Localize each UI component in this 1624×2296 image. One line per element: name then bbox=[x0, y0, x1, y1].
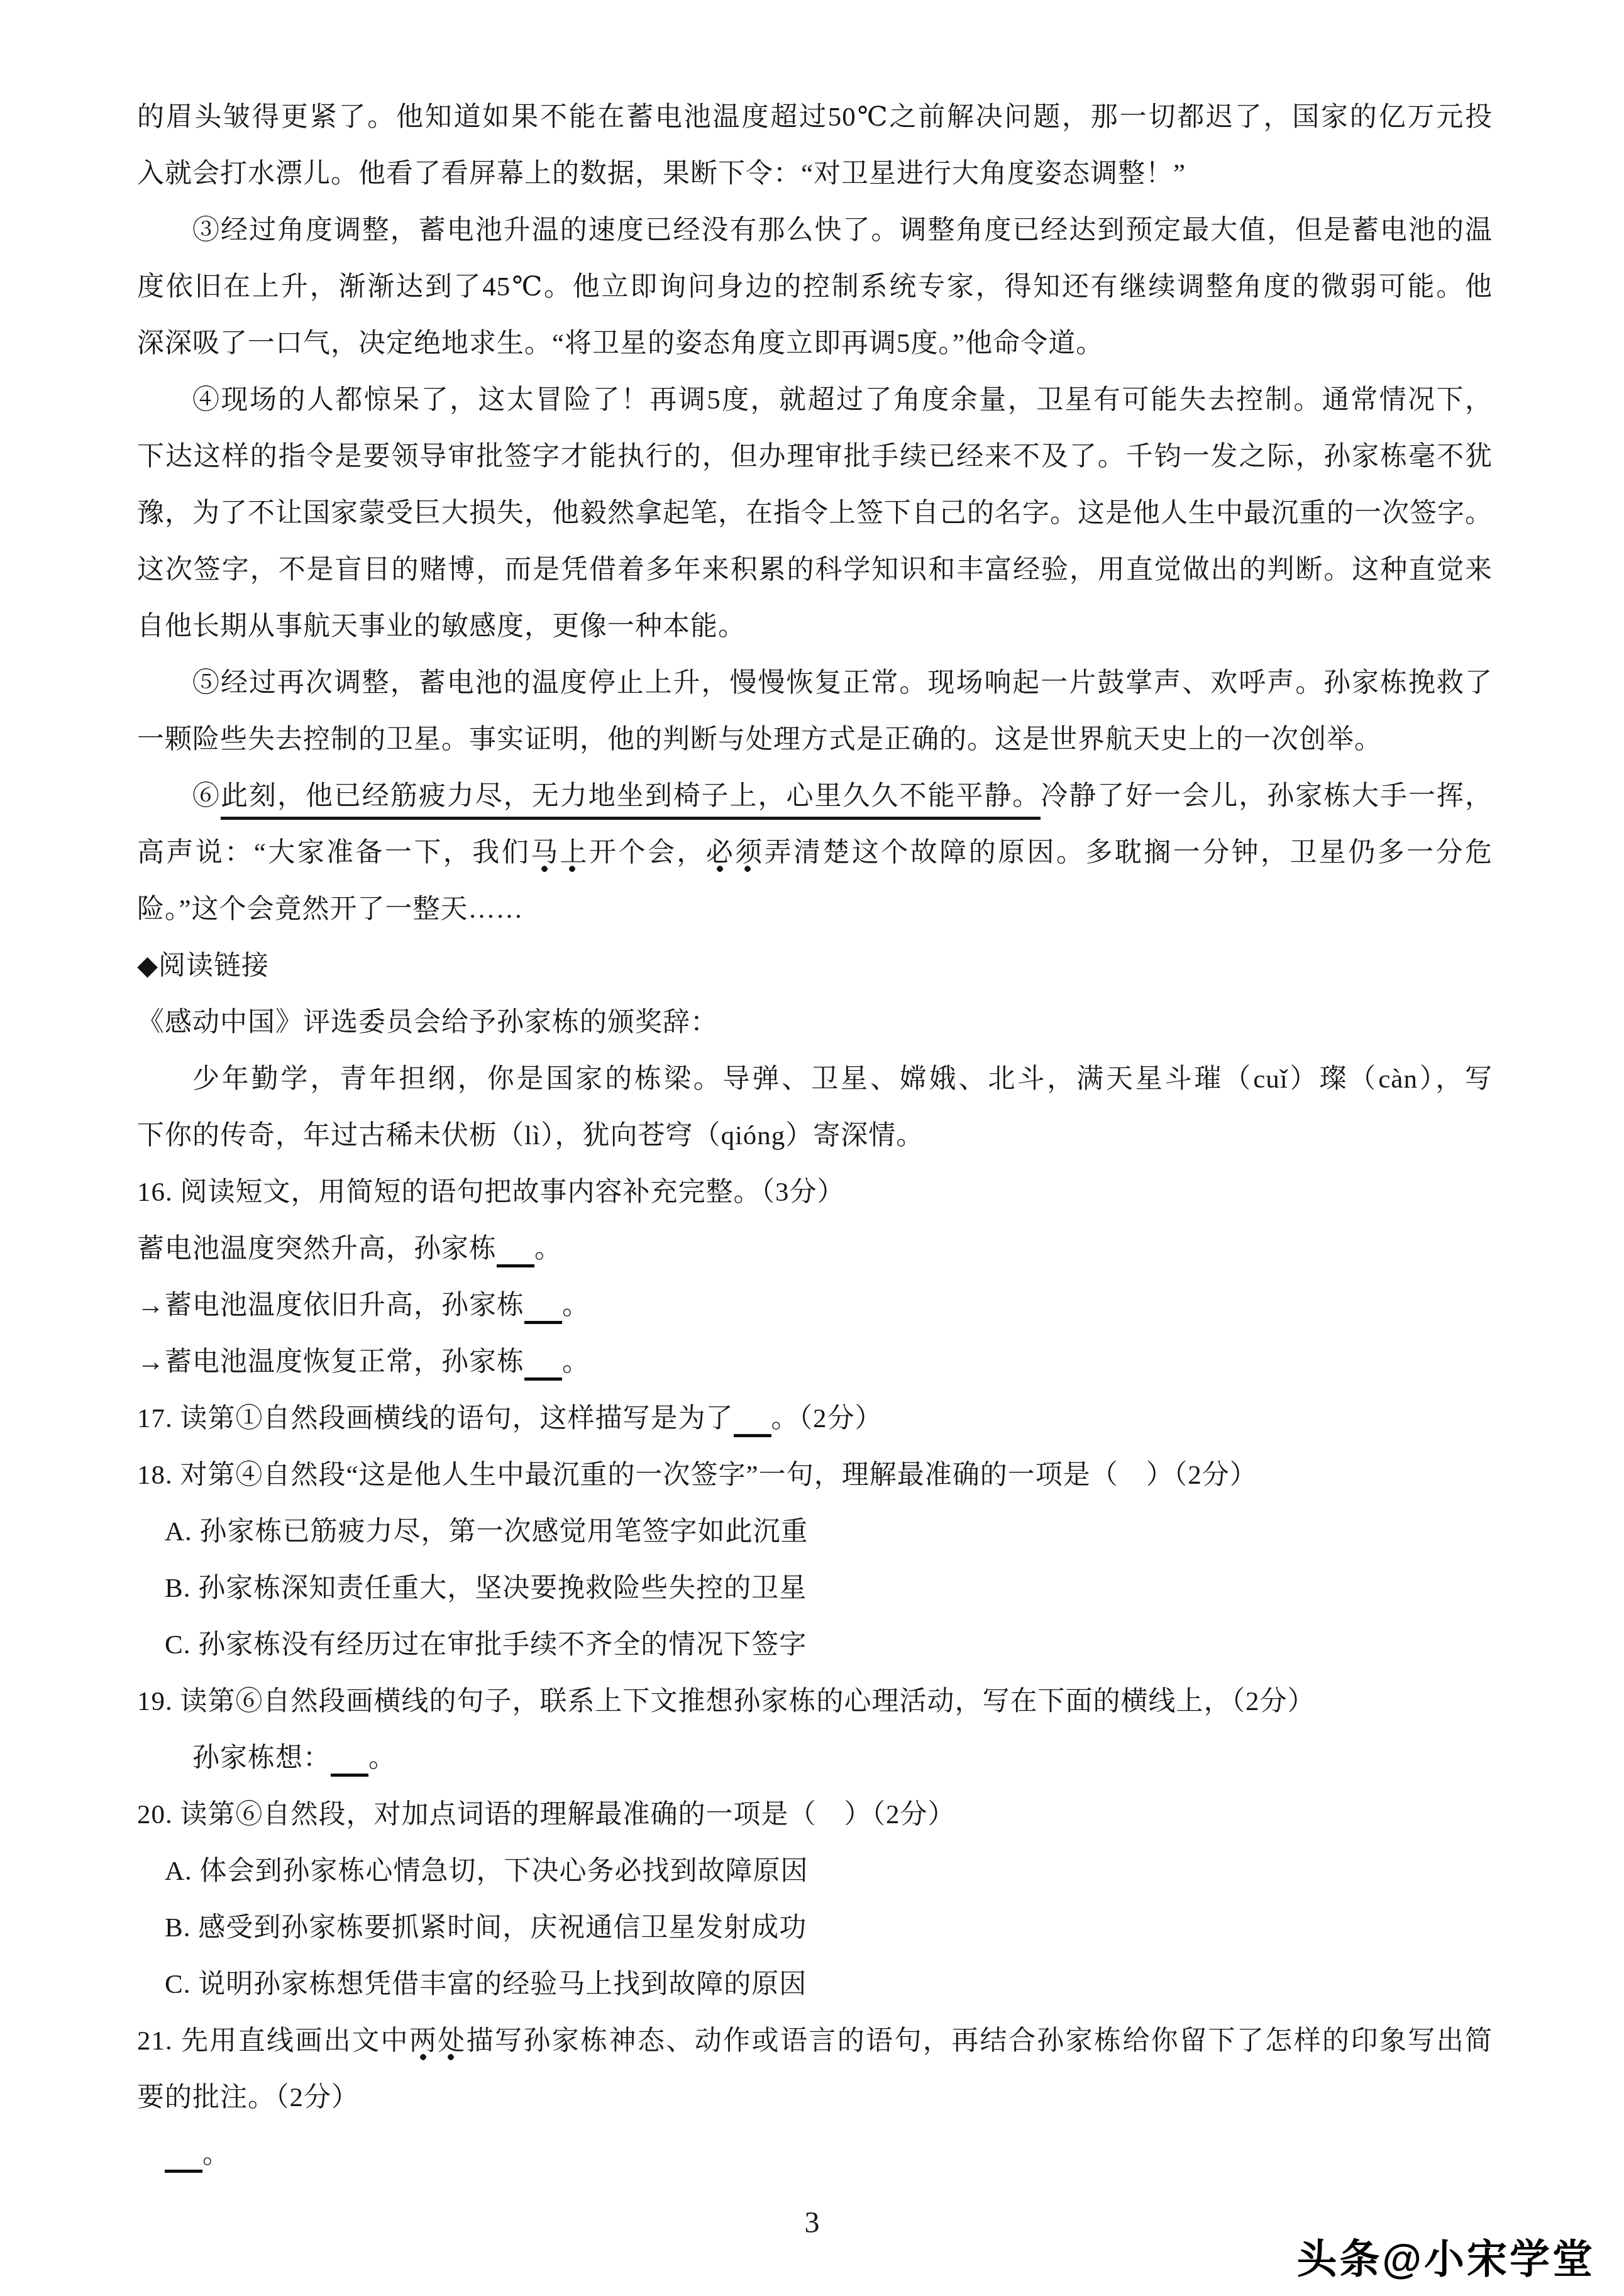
answer-blank[interactable] bbox=[497, 1221, 534, 1267]
text-segment: 开个会， bbox=[589, 838, 706, 868]
text-segment: 一颗险些失去控制的卫星。事实证明，他的判断与处理方式是正确的。这是世界航天史上的… bbox=[137, 725, 1382, 754]
text-segment: 深深吸了一口气，决定绝地求生。“将卫星的姿态角度立即再调5度。”他命令道。 bbox=[137, 329, 1103, 358]
text-segment: 16. 阅读短文，用简短的语句把故事内容补充完整。（3分） bbox=[137, 1178, 845, 1207]
text-segment: ⑥ bbox=[192, 781, 221, 811]
para5-line2: 一颗险些失去控制的卫星。事实证明，他的判断与处理方式是正确的。这是世界航天史上的… bbox=[137, 712, 1493, 768]
award-line2: 下你的传奇，年过古稀未伏枥（lì），犹向苍穹（qióng）寄深情。 bbox=[137, 1108, 1493, 1164]
underlined-text: 此刻，他已经筋疲力尽，无力地坐到椅子上，心里久久不能平静。 bbox=[221, 781, 1041, 820]
para4-line4: 这次签字，不是盲目的赌博，而是凭借着多年来积累的科学知识和丰富经验，用直觉做出的… bbox=[137, 542, 1493, 599]
para2-line2: 入就会打水漂儿。他看了看屏幕上的数据，果断下令：“对卫星进行大角度姿态调整！” bbox=[137, 146, 1493, 202]
text-segment: 《感动中国》评选委员会给予孙家栋的颁奖辞： bbox=[137, 1008, 718, 1037]
watermark: 头条@小宋学堂 bbox=[1297, 2227, 1595, 2285]
q16-answer-3: →蓄电池温度恢复正常，孙家栋。 bbox=[137, 1334, 1493, 1391]
text-segment: 下达这样的指令是要领导审批签字才能执行的，但办理审批手续已经来不及了。千钧一发之… bbox=[137, 442, 1493, 472]
text-segment: 描写孙家栋神态、动作或语言的语句，再结合孙家栋给你留下了怎样的印象写出简 bbox=[467, 2026, 1493, 2056]
text-segment: →蓄电池温度恢复正常，孙家栋 bbox=[137, 1334, 524, 1391]
award-line1: 少年勤学，青年担纲，你是国家的栋梁。导弹、卫星、嫦娥、北斗，满天星斗璀（cuǐ）… bbox=[137, 1051, 1493, 1108]
answer-blank[interactable] bbox=[331, 1730, 368, 1777]
text-segment: B. 感受到孙家栋要抓紧时间，庆祝通信卫星发射成功 bbox=[165, 1913, 807, 1943]
q20-option-a: A. 体会到孙家栋心情急切，下决心务必找到故障原因 bbox=[137, 1843, 1493, 1900]
blank-tail: 。（2分） bbox=[771, 1391, 883, 1447]
text-segment: ◆阅读链接 bbox=[137, 951, 269, 981]
para4-line2: 下达这样的指令是要领导审批签字才能执行的，但办理审批手续已经来不及了。千钧一发之… bbox=[137, 429, 1493, 485]
q16-answer-1: 蓄电池温度突然升高，孙家栋。 bbox=[137, 1221, 1493, 1278]
text-segment: 21. 先用直线画出文中 bbox=[137, 2026, 409, 2056]
text-segment: 的眉头皱得更紧了。他知道如果不能在蓄电池温度超过50℃之前解决问题，那一切都迟了… bbox=[137, 102, 1493, 132]
text-segment: 19. 读第⑥自然段画横线的句子，联系上下文推想孙家栋的心理活动，写在下面的横线… bbox=[137, 1687, 1315, 1716]
blank-tail: 。 bbox=[202, 2126, 230, 2183]
answer-blank[interactable] bbox=[165, 2126, 202, 2173]
para6-line1: ⑥此刻，他已经筋疲力尽，无力地坐到椅子上，心里久久不能平静。冷静了好一会儿，孙家… bbox=[137, 768, 1493, 825]
text-segment: 度依旧在上升，渐渐达到了45℃。他立即询问身边的控制系统专家，得知还有继续调整角… bbox=[137, 272, 1493, 302]
award-intro-line: 《感动中国》评选委员会给予孙家栋的颁奖辞： bbox=[137, 995, 1493, 1051]
para4-line3: 豫，为了不让国家蒙受巨大损失，他毅然拿起笔，在指令上签下自己的名字。这是他人生中… bbox=[137, 485, 1493, 542]
question-17: 17. 读第①自然段画横线的语句，这样描写是为了。（2分） bbox=[137, 1391, 1493, 1447]
emphasized-dotted-text: 两处 bbox=[409, 2026, 467, 2062]
text-segment: 弄清楚这个故障的原因。多耽搁一分钟，卫星仍多一分危 bbox=[765, 838, 1493, 868]
text-segment: ④现场的人都惊呆了，这太冒险了！再调5度，就超过了角度余量，卫星有可能失去控制。… bbox=[192, 385, 1493, 415]
text-segment: B. 孙家栋深知责任重大，坚决要挽救险些失控的卫星 bbox=[165, 1574, 807, 1603]
para3-line2: 度依旧在上升，渐渐达到了45℃。他立即询问身边的控制系统专家，得知还有继续调整角… bbox=[137, 259, 1493, 316]
text-segment: 这次签字，不是盲目的赌博，而是凭借着多年来积累的科学知识和丰富经验，用直觉做出的… bbox=[137, 555, 1493, 585]
para6-line2: 高声说：“大家准备一下，我们马上开个会，必须弄清楚这个故障的原因。多耽搁一分钟，… bbox=[137, 825, 1493, 881]
text-segment: →蓄电池温度依旧升高，孙家栋 bbox=[137, 1278, 524, 1334]
answer-blank[interactable] bbox=[734, 1391, 771, 1437]
text-segment: 冷静了好一会儿，孙家栋大手一挥， bbox=[1041, 781, 1493, 811]
text-segment: 少年勤学，青年担纲，你是国家的栋梁。导弹、卫星、嫦娥、北斗，满天星斗璀（cuǐ）… bbox=[192, 1064, 1493, 1094]
text-segment: 17. 读第①自然段画横线的语句，这样描写是为了 bbox=[137, 1391, 734, 1447]
para5-line1: ⑤经过再次调整，蓄电池的温度停止上升，慢慢恢复正常。现场响起一片鼓掌声、欢呼声。… bbox=[137, 655, 1493, 712]
text-segment: C. 说明孙家栋想凭借丰富的经验马上找到故障的原因 bbox=[165, 1970, 807, 1999]
text-segment: ⑤经过再次调整，蓄电池的温度停止上升，慢慢恢复正常。现场响起一片鼓掌声、欢呼声。… bbox=[192, 668, 1493, 698]
text-segment: 高声说：“大家准备一下，我们 bbox=[137, 838, 531, 868]
para4-line1: ④现场的人都惊呆了，这太冒险了！再调5度，就超过了角度余量，卫星有可能失去控制。… bbox=[137, 372, 1493, 429]
text-segment: ③经过角度调整，蓄电池升温的速度已经没有那么快了。调整角度已经达到预定最大值，但… bbox=[192, 216, 1493, 245]
text-segment: 险。”这个会竟然开了一整天…… bbox=[137, 895, 524, 924]
text-segment: 蓄电池温度突然升高，孙家栋 bbox=[137, 1221, 497, 1278]
text-segment: 孙家栋想： bbox=[192, 1730, 331, 1787]
q20-option-b: B. 感受到孙家栋要抓紧时间，庆祝通信卫星发射成功 bbox=[137, 1900, 1493, 1957]
text-segment: 入就会打水漂儿。他看了看屏幕上的数据，果断下令：“对卫星进行大角度姿态调整！” bbox=[137, 159, 1186, 189]
reading-link-header: ◆阅读链接 bbox=[137, 938, 1493, 995]
question-19: 19. 读第⑥自然段画横线的句子，联系上下文推想孙家栋的心理活动，写在下面的横线… bbox=[137, 1674, 1493, 1730]
question-16: 16. 阅读短文，用简短的语句把故事内容补充完整。（3分） bbox=[137, 1164, 1493, 1221]
text-segment: C. 孙家栋没有经历过在审批手续不齐全的情况下签字 bbox=[165, 1630, 807, 1660]
blank-tail: 。 bbox=[562, 1334, 590, 1391]
text-segment: 20. 读第⑥自然段，对加点词语的理解最准确的一项是（ ）（2分） bbox=[137, 1800, 956, 1830]
q20-option-c: C. 说明孙家栋想凭借丰富的经验马上找到故障的原因 bbox=[137, 1957, 1493, 2013]
text-segment: 要的批注。（2分） bbox=[137, 2083, 359, 2112]
text-segment: 豫，为了不让国家蒙受巨大损失，他毅然拿起笔，在指令上签下自己的名字。这是他人生中… bbox=[137, 499, 1493, 528]
blank-tail: 。 bbox=[368, 1730, 396, 1787]
question-20: 20. 读第⑥自然段，对加点词语的理解最准确的一项是（ ）（2分） bbox=[137, 1787, 1493, 1843]
q18-option-a: A. 孙家栋已筋疲力尽，第一次感觉用笔签字如此沉重 bbox=[137, 1504, 1493, 1560]
para2-line1: 的眉头皱得更紧了。他知道如果不能在蓄电池温度超过50℃之前解决问题，那一切都迟了… bbox=[137, 89, 1493, 146]
emphasized-dotted-text: 必须 bbox=[706, 838, 765, 874]
blank-tail: 。 bbox=[562, 1278, 590, 1334]
text-segment: A. 孙家栋已筋疲力尽，第一次感觉用笔签字如此沉重 bbox=[165, 1517, 809, 1547]
text-segment: 下你的传奇，年过古稀未伏枥（lì），犹向苍穹（qióng）寄深情。 bbox=[137, 1121, 924, 1151]
para3-line1: ③经过角度调整，蓄电池升温的速度已经没有那么快了。调整角度已经达到预定最大值，但… bbox=[137, 202, 1493, 259]
q21-answer: 。 bbox=[137, 2126, 1493, 2183]
answer-blank[interactable] bbox=[524, 1334, 562, 1381]
q18-option-c: C. 孙家栋没有经历过在审批手续不齐全的情况下签字 bbox=[137, 1617, 1493, 1674]
question-21-line2: 要的批注。（2分） bbox=[137, 2070, 1493, 2126]
question-21-line1: 21. 先用直线画出文中两处描写孙家栋神态、动作或语言的语句，再结合孙家栋给你留… bbox=[137, 2013, 1493, 2070]
document-body: 的眉头皱得更紧了。他知道如果不能在蓄电池温度超过50℃之前解决问题，那一切都迟了… bbox=[137, 89, 1493, 2183]
para6-line3: 险。”这个会竟然开了一整天…… bbox=[137, 881, 1493, 938]
para4-line5: 自他长期从事航天事业的敏感度，更像一种本能。 bbox=[137, 599, 1493, 655]
q18-option-b: B. 孙家栋深知责任重大，坚决要挽救险些失控的卫星 bbox=[137, 1560, 1493, 1617]
emphasized-dotted-text: 马上 bbox=[531, 838, 589, 874]
text-segment: 自他长期从事航天事业的敏感度，更像一种本能。 bbox=[137, 612, 746, 641]
q16-answer-2: →蓄电池温度依旧升高，孙家栋。 bbox=[137, 1278, 1493, 1334]
blank-tail: 。 bbox=[534, 1221, 562, 1278]
text-segment: A. 体会到孙家栋心情急切，下决心务必找到故障原因 bbox=[165, 1857, 809, 1886]
text-segment: 18. 对第④自然段“这是他人生中最沉重的一次签字”一句，理解最准确的一项是（ … bbox=[137, 1460, 1257, 1490]
para3-line3: 深深吸了一口气，决定绝地求生。“将卫星的姿态角度立即再调5度。”他命令道。 bbox=[137, 316, 1493, 372]
exam-page: 的眉头皱得更紧了。他知道如果不能在蓄电池温度超过50℃之前解决问题，那一切都迟了… bbox=[0, 0, 1624, 2296]
question-18: 18. 对第④自然段“这是他人生中最沉重的一次签字”一句，理解最准确的一项是（ … bbox=[137, 1447, 1493, 1504]
answer-blank[interactable] bbox=[524, 1278, 562, 1324]
q19-answer: 孙家栋想：。 bbox=[137, 1730, 1493, 1787]
